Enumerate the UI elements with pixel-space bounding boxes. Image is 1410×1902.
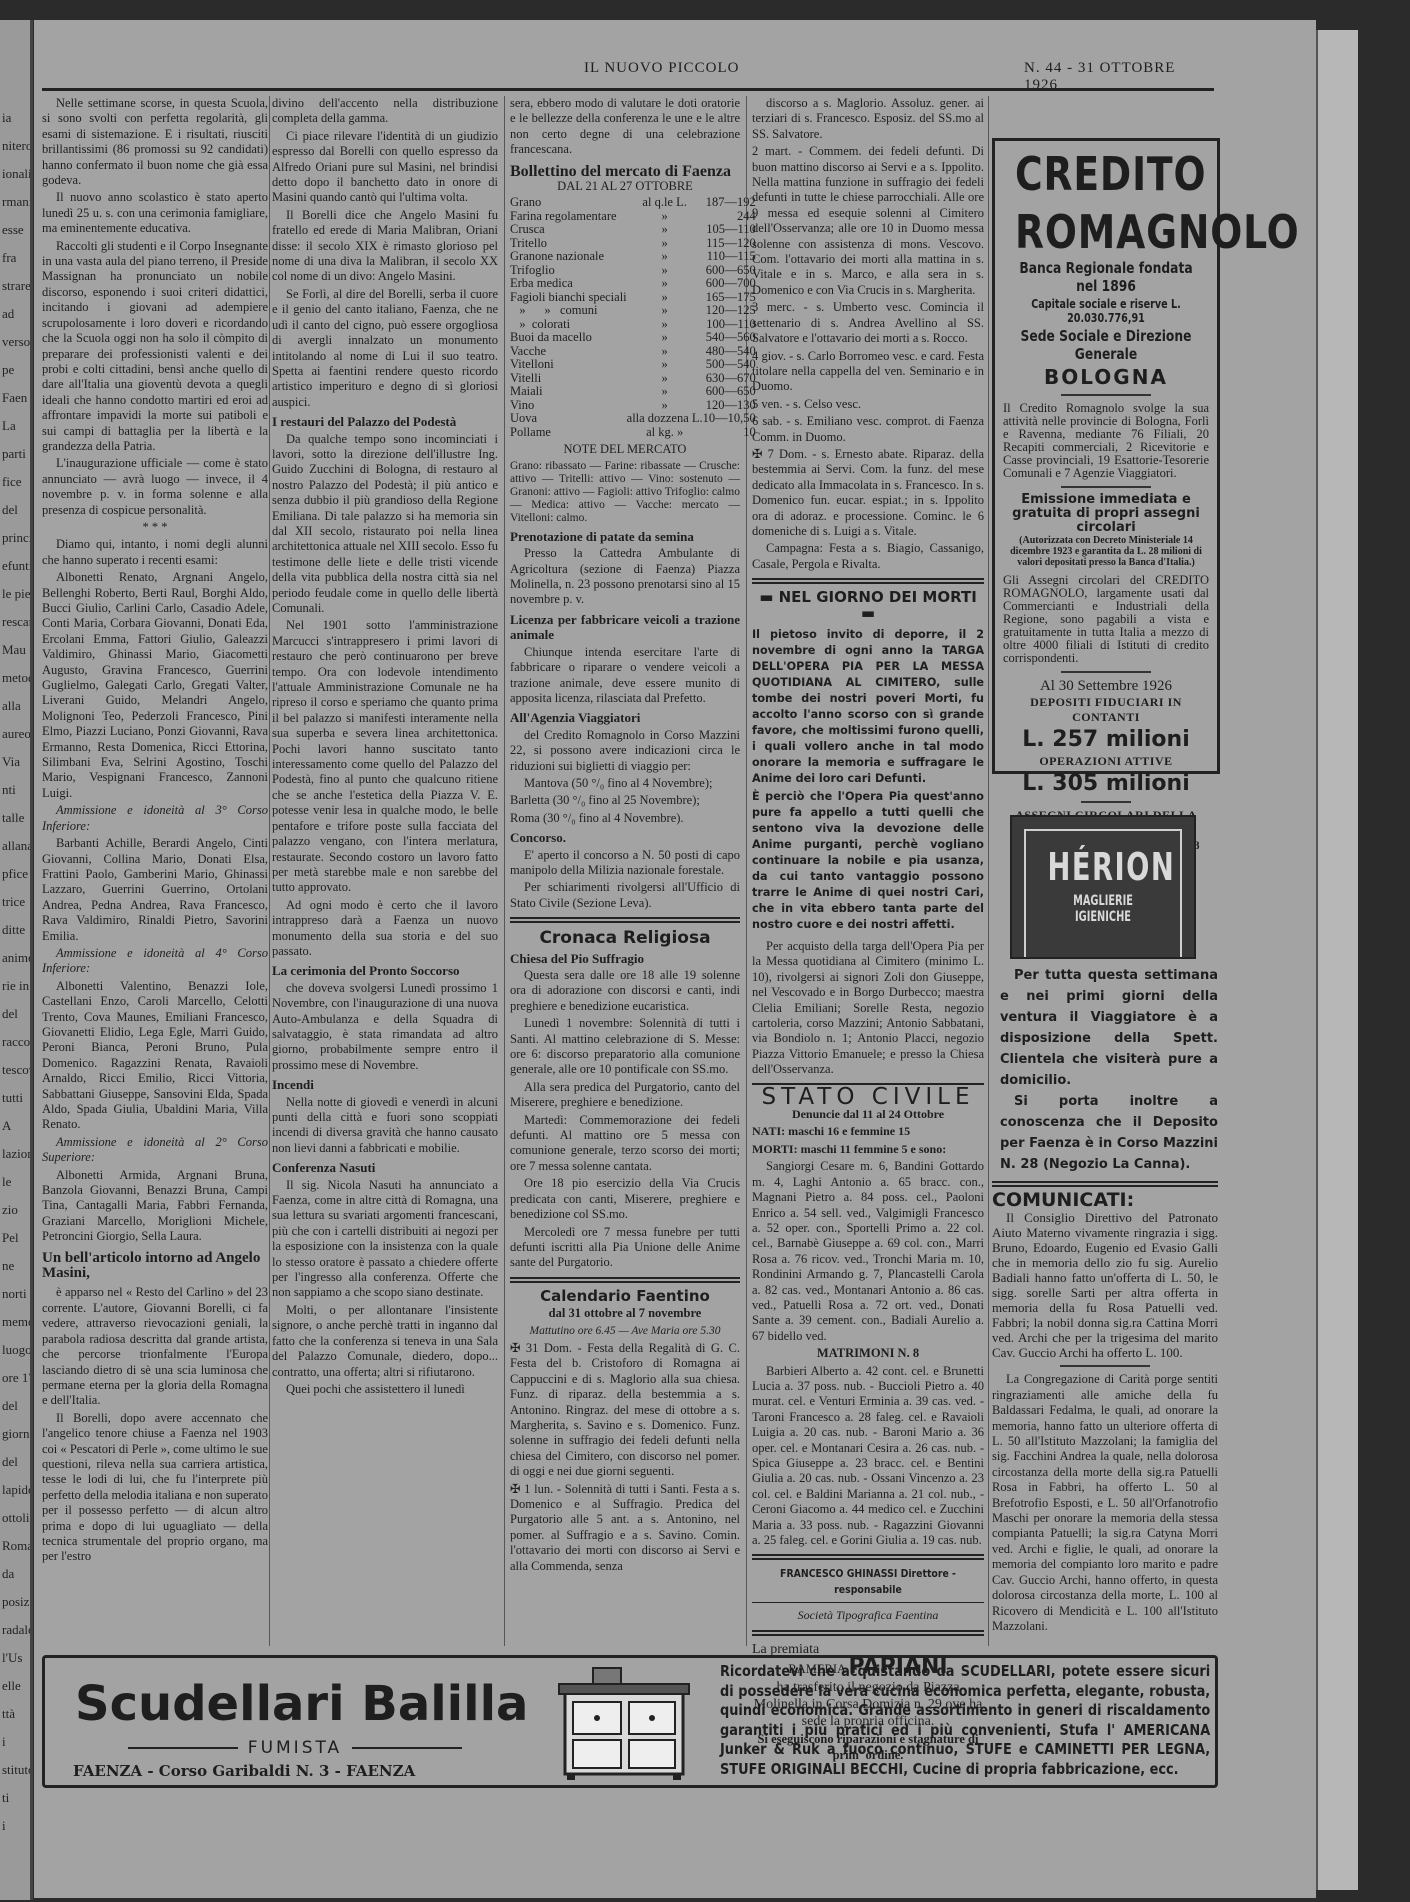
market-price-table: Granoal q.le L.187—192Farina regolamenta…: [510, 196, 756, 439]
agenzia-heading: All'Agenzia Viaggiatori: [510, 710, 740, 725]
previous-page-text-fragment: Via: [2, 754, 20, 770]
previous-page-text-fragment: rescano: [2, 614, 33, 630]
incendi-paragraph: Nella notte di giovedì e venerdì in alcu…: [272, 1095, 498, 1157]
divider: [1081, 801, 1131, 803]
divider: [1061, 486, 1151, 488]
credito-emission-heading: Emissione immediata e gratuita di propri…: [995, 493, 1217, 535]
previous-page-text-fragment: parti: [2, 446, 26, 462]
market-item: Vacche: [510, 345, 627, 359]
section-rule: [992, 1181, 1218, 1187]
previous-page-text-fragment: nitero: [2, 138, 32, 154]
market-unit: »: [627, 291, 703, 305]
market-item: Fagioli bianchi speciali: [510, 291, 627, 305]
previous-page-text-fragment: verso: [2, 334, 30, 350]
previous-page-text-fragment: ttà: [2, 1706, 15, 1722]
market-item: Vitelli: [510, 372, 627, 386]
market-price: 500—540: [703, 358, 756, 372]
market-unit: »: [627, 372, 703, 386]
market-unit: alla dozzena L.: [627, 412, 703, 426]
forli-paragraph: Se Forlì, al dire del Borelli, serba il …: [272, 287, 498, 410]
market-price: 630—670: [703, 372, 756, 386]
morti-paragraph-3: Per acquisto della targa dell'Opera Pia …: [752, 939, 984, 1078]
previous-page-text-fragment: nti: [2, 782, 16, 798]
stove-illustration-icon: [553, 1664, 693, 1782]
nel-giorno-dei-morti-title: ▬ NEL GIORNO DEI MORTI ▬: [752, 590, 984, 621]
school-year-paragraph: Il nuovo anno scolastico è stato aperto …: [42, 190, 268, 236]
scudellari-trade: FUMISTA: [105, 1738, 485, 1758]
previous-page-text-fragment: A: [2, 1118, 11, 1134]
market-price: 600—700: [703, 277, 756, 291]
masthead: IL NUOVO PICCOLO N. 44 - 31 OTTOBRE 1926: [44, 58, 1194, 88]
matrimoni-list: Barbieri Alberto a. 42 cont. cel. e Brun…: [752, 1364, 984, 1549]
calendario-dates: dal 31 ottobre al 7 novembre: [510, 1306, 740, 1321]
market-price: 10—10,50: [703, 412, 756, 426]
previous-page-text-fragment: del: [2, 502, 18, 518]
ad-herion: HÉRION MAGLIERIE IGIENICHE: [1010, 815, 1196, 959]
podesta-paragraph-3: Ad ogni modo è certo che il lavoro intra…: [272, 898, 498, 960]
calendario-entry-5: 5 ven. - s. Celso vesc.: [752, 397, 984, 412]
oriani-paragraph: Ci piace rilevare l'identità di un giudi…: [272, 129, 498, 206]
previous-page-text-fragment: rie in: [2, 978, 29, 994]
market-row: Vino»120—130: [510, 399, 756, 413]
previous-page-text-fragment: lapide: [2, 1482, 33, 1498]
previous-page-text-fragment: metodo: [2, 670, 33, 686]
inauguration-paragraph: L'inaugurazione ufficiale — come è stato…: [42, 456, 268, 518]
nasuti-heading: Conferenza Nasuti: [272, 1160, 498, 1175]
market-price: 165—175: [703, 291, 756, 305]
previous-page-text-fragment: le pie: [2, 586, 31, 602]
names-intro: Diamo qui, intanto, i nomi degli alunni …: [42, 537, 268, 568]
nasuti-paragraph-1: Il sig. Nicola Nasuti ha annunciato a Fa…: [272, 1178, 498, 1301]
pio-paragraph-4: Martedì: Commemorazione dei fedeli defun…: [510, 1113, 740, 1175]
previous-page-text-fragment: ti: [2, 1790, 9, 1806]
pio-paragraph-5: Ore 18 pio esercizio della Via Crucis pr…: [510, 1176, 740, 1222]
market-row: Farina regolamentare»244: [510, 210, 756, 224]
scudellari-description: Ricordatevi che acquistando da SCUDELLAR…: [720, 1662, 1210, 1779]
market-row: Crusca»105—110: [510, 223, 756, 237]
previous-page-text-fragment: luogo: [2, 1342, 32, 1358]
market-unit: »: [627, 237, 703, 251]
concorso-heading: Concorso.: [510, 830, 740, 845]
section-rule: [752, 1630, 984, 1636]
section-rule: [510, 1277, 740, 1283]
malibran-paragraph: Il Borelli dice che Angelo Masini fu fra…: [272, 208, 498, 285]
calendario-entry-6: 6 sab. - s. Emiliano vesc. comprot. di F…: [752, 414, 984, 445]
market-price: 10: [703, 426, 756, 440]
masini-paragraph-2: Il Borelli, dopo avere accennato che l'a…: [42, 1411, 268, 1565]
admission-heading-2: Ammissione e idoneità al 2° Corso Superi…: [42, 1135, 268, 1166]
market-item: Maiali: [510, 385, 627, 399]
column-4: discorso a s. Maglorio. Assoluz. gener. …: [752, 96, 984, 1765]
market-price: 100—110: [703, 318, 756, 332]
market-row: Trifoglio»600—650: [510, 264, 756, 278]
credito-cheques-description: Gli Assegni circolari del CREDITO ROMAGN…: [995, 574, 1217, 665]
market-row: » colorati»100—110: [510, 318, 756, 332]
calendario-title: Calendario Faentino: [510, 1289, 740, 1304]
credito-date: Al 30 Settembre 1926: [995, 678, 1217, 695]
market-row: Tritello»115—120: [510, 237, 756, 251]
credito-operations-value: L. 305 milioni: [995, 771, 1217, 796]
pronto-soccorso-paragraph: che doveva svolgersi Lunedì prossimo 1 N…: [272, 981, 498, 1073]
section-rule: [752, 1554, 984, 1560]
previous-page-text-fragment: ore 17: [2, 1370, 33, 1386]
previous-page-text-fragment: racco: [2, 1034, 30, 1050]
herion-paragraph-2: Si porta inoltre a conoscenza che il Dep…: [1000, 1091, 1218, 1175]
previous-page-text-fragment: lazione: [2, 1146, 33, 1162]
morti-paragraph-1: Il pietoso invito di deporre, il 2 novem…: [752, 627, 984, 787]
printer-credit: Società Tipografica Faentina: [752, 1608, 984, 1623]
market-row: Vitelloni»500—540: [510, 358, 756, 372]
nasuti-continued: sera, ebbero modo di valutare le doti or…: [510, 96, 740, 158]
names-list-1: Albonetti Renato, Argnani Angelo, Bellen…: [42, 570, 268, 801]
calendario-campagna: Campagna: Festa a s. Biagio, Cassanigo, …: [752, 541, 984, 572]
stato-civile-title: STATO CIVILE: [752, 1090, 984, 1105]
agenzia-roma: Roma (30 °/₀ fino al 4 Novembre).: [510, 811, 740, 826]
scudellari-address: FAENZA - Corso Garibaldi N. 3 - FAENZA: [73, 1762, 415, 1780]
market-item: Farina regolamentare: [510, 210, 627, 224]
credito-title-1: CREDITO: [1015, 149, 1197, 199]
market-unit: al q.le L.: [627, 196, 703, 210]
podesta-heading: I restauri del Palazzo del Podestà: [272, 414, 498, 429]
previous-page-text-fragment: ionali: [2, 166, 32, 182]
previous-page-text-fragment: ditte: [2, 922, 25, 938]
previous-page-text-fragment: i: [2, 1734, 6, 1750]
herion-notice: Per tutta questa settimana e nei primi g…: [1000, 965, 1218, 1175]
herion-brand: HÉRION: [1048, 845, 1159, 889]
calendario-entry-3: 3 merc. - s. Umberto vesc. Comincia il s…: [752, 300, 984, 346]
market-item: » » comuni: [510, 304, 627, 318]
divider: [1061, 394, 1151, 396]
divider: [1060, 1365, 1150, 1367]
previous-page-text-fragment: Pel: [2, 1230, 19, 1246]
previous-page-text-fragment: fice: [2, 474, 21, 490]
previous-page-text-fragment: rmani: [2, 194, 32, 210]
previous-page-text-fragment: norti: [2, 1286, 27, 1302]
previous-page-text-fragment: le: [2, 1174, 11, 1190]
pio-paragraph-1: Questa sera dalle ore 18 alle 19 solenne…: [510, 968, 740, 1014]
masthead-rule: [42, 88, 1214, 91]
calendario-entry-4: 4 giov. - s. Carlo Borromeo vesc. e card…: [752, 349, 984, 395]
market-unit: »: [627, 385, 703, 399]
names-list-3: Albonetti Valentino, Benazzi Iole, Caste…: [42, 979, 268, 1133]
market-row: Vacche»480—540: [510, 345, 756, 359]
market-notes-title: NOTE DEL MERCATO: [510, 442, 740, 457]
market-row: Pollameal kg. »10: [510, 426, 756, 440]
names-list-2: Barbanti Achille, Berardi Angelo, Cinti …: [42, 836, 268, 944]
morti-count: MORTI: maschi 11 femmine 5 e sono:: [752, 1142, 984, 1157]
market-price: 540—560: [703, 331, 756, 345]
market-unit: »: [627, 223, 703, 237]
market-bulletin-title: Bollettino del mercato di Faenza: [510, 164, 740, 179]
admission-heading-3: Ammissione e idoneità al 3° Corso Inferi…: [42, 803, 268, 834]
masini-paragraph-1: è apparso nel « Resto del Carlino » del …: [42, 1285, 268, 1408]
market-row: Uovaalla dozzena L.10—10,50: [510, 412, 756, 426]
credito-operations-label: OPERAZIONI ATTIVE: [995, 754, 1217, 769]
market-item: Tritello: [510, 237, 627, 251]
admission-heading-4: Ammissione e idoneità al 4° Corso Inferi…: [42, 946, 268, 977]
previous-page-text-fragment: efunti: [2, 558, 32, 574]
licenza-heading: Licenza per fabbricare veicoli a trazion…: [510, 612, 740, 643]
previous-page-text-fragment: Mau: [2, 642, 26, 658]
agenzia-paragraph: del Credito Romagnolo in Corso Mazzini 2…: [510, 728, 740, 774]
section-separator: * * *: [42, 520, 268, 535]
market-notes: Grano: ribassato — Farine: ribassate — C…: [510, 460, 740, 525]
agenzia-mantova: Mantova (50 °/₀ fino al 4 Novembre);: [510, 776, 740, 791]
previous-page-text-fragment: aureo: [2, 726, 31, 742]
column-1: Nelle settimane scorse, in questa Scuola…: [42, 96, 268, 1567]
credito-description: Il Credito Romagnolo svolge la sua attiv…: [995, 402, 1217, 480]
previous-page-text-fragment: memora: [2, 1314, 33, 1330]
comunicati-paragraph-2: La Congregazione di Carità porge sentiti…: [992, 1372, 1218, 1634]
incendi-heading: Incendi: [272, 1077, 498, 1092]
market-item: Grano: [510, 196, 627, 210]
pio-paragraph-2: Lunedì 1 novembre: Solennità di tutti i …: [510, 1016, 740, 1078]
previous-page-text-fragment: pe: [2, 362, 14, 378]
previous-page-text-fragment: anime: [2, 950, 33, 966]
masini-article-heading: Un bell'articolo intorno ad Angelo Masin…: [42, 1251, 268, 1282]
market-price: 115—120: [703, 237, 756, 251]
market-unit: »: [627, 250, 703, 264]
column-2: divino dell'accento nella distribuzione …: [272, 96, 498, 1399]
market-price: 600—650: [703, 385, 756, 399]
previous-page-text-fragment: ne: [2, 1258, 14, 1274]
market-price: 105—110: [703, 223, 756, 237]
newspaper-title: IL NUOVO PICCOLO: [584, 60, 739, 77]
market-unit: »: [627, 304, 703, 318]
comunicati-section: COMUNICATI: Il Consiglio Direttivo del P…: [992, 1175, 1218, 1636]
calendario-entry-2: 2 mart. - Commem. dei fedeli defunti. Di…: [752, 144, 984, 298]
ceremony-paragraph: Raccolti gli studenti e il Corpo Insegna…: [42, 239, 268, 455]
masini-continued: divino dell'accento nella distribuzione …: [272, 96, 498, 127]
previous-page-text-fragment: strare: [2, 278, 31, 294]
previous-page-text-fragment: tutti: [2, 1090, 23, 1106]
previous-page-text-fragment: del: [2, 1398, 18, 1414]
previous-page-text-fragment: radale: [2, 1622, 33, 1638]
section-rule: [510, 917, 740, 923]
podesta-paragraph-1: Da qualche tempo sono incominciati i lav…: [272, 432, 498, 617]
previous-page-text-fragment: i: [2, 1818, 6, 1834]
market-row: Erba medica»600—700: [510, 277, 756, 291]
previous-page-text-fragment: zio: [2, 1202, 18, 1218]
market-price: 187—192: [703, 196, 756, 210]
column-divider: [269, 96, 270, 1646]
previous-page-text-fragment: l'Us: [2, 1650, 22, 1666]
column-divider: [504, 96, 505, 1646]
previous-page-text-fragment: trice: [2, 894, 25, 910]
previous-page-text-fragment: tescovo: [2, 1062, 33, 1078]
pio-paragraph-3: Alla sera predica del Purgatorio, canto …: [510, 1080, 740, 1111]
previous-page-edge: ianiteroionalirmaniessefrastrareadversop…: [0, 20, 33, 1900]
previous-page-text-fragment: ottolich: [2, 1510, 33, 1526]
previous-page-text-fragment: talle: [2, 810, 24, 826]
pronto-soccorso-heading: La cerimonia del Pronto Soccorso: [272, 963, 498, 978]
names-list-4: Albonetti Armida, Argnani Bruna, Banzola…: [42, 1168, 268, 1245]
concorso-paragraph-1: E' aperto il concorso a N. 50 posti di c…: [510, 848, 740, 879]
calendario-entry-7: ✠ 7 Dom. - s. Ernesto abate. Riparaz. de…: [752, 447, 984, 539]
market-unit: »: [627, 345, 703, 359]
previous-page-text-fragment: pfice: [2, 866, 28, 882]
previous-page-text-fragment: del: [2, 1006, 18, 1022]
market-price: 120—130: [703, 399, 756, 413]
scudellari-name: Scudellari Balilla: [75, 1676, 528, 1732]
nati-count: NATI: maschi 16 e femmine 15: [752, 1124, 984, 1139]
previous-page-text-fragment: ia: [2, 110, 11, 126]
morti-paragraph-2: È perciò che l'Opera Pia quest'anno pure…: [752, 789, 984, 933]
podesta-paragraph-2: Nel 1901 sotto l'amministrazione Marcucc…: [272, 618, 498, 895]
patate-paragraph: Presso la Cattedra Ambulante di Agricolt…: [510, 546, 740, 608]
matrimoni-title: MATRIMONI N. 8: [752, 1346, 984, 1361]
comunicati-paragraph-1: Il Consiglio Direttivo del Patronato Aiu…: [992, 1210, 1218, 1360]
ad-credito-romagnolo: CREDITO ROMAGNOLO Banca Regionale fondat…: [992, 138, 1220, 774]
previous-page-text-fragment: giorno: [2, 1426, 33, 1442]
previous-page-text-fragment: Faen: [2, 390, 27, 406]
market-item: » colorati: [510, 318, 627, 332]
previous-page-text-fragment: da: [2, 1566, 14, 1582]
market-item: Trifoglio: [510, 264, 627, 278]
credito-seat: Sede Sociale e Direzione Generale: [1015, 327, 1197, 363]
previous-page-text-fragment: ad: [2, 306, 14, 322]
market-item: Buoi da macello: [510, 331, 627, 345]
market-price: 600—650: [703, 264, 756, 278]
section-rule: [752, 1602, 984, 1603]
credito-decree-note: (Autorizzata con Decreto Ministeriale 14…: [995, 535, 1217, 568]
nasuti-paragraph-3: Quei pochi che assistettero il lunedì: [272, 1382, 498, 1397]
credito-deposits-label: DEPOSITI FIDUCIARI IN CONTANTI: [995, 695, 1217, 725]
licenza-paragraph: Chiunque intenda esercitare l'arte di fa…: [510, 645, 740, 707]
comunicati-title: COMUNICATI:: [992, 1193, 1218, 1208]
credito-capital: Capitale sociale e riserve L. 20.030.776…: [1017, 297, 1195, 325]
market-row: Granone nazionale»110—115: [510, 250, 756, 264]
market-row: Fagioli bianchi speciali»165—175: [510, 291, 756, 305]
market-item: Pollame: [510, 426, 627, 440]
divider: [1061, 671, 1151, 673]
school-exams-paragraph: Nelle settimane scorse, in questa Scuola…: [42, 96, 268, 188]
market-item: Granone nazionale: [510, 250, 627, 264]
market-unit: al kg. »: [627, 426, 703, 440]
herion-tagline: MAGLIERIE IGIENICHE: [1049, 893, 1157, 925]
credito-title-2: ROMAGNOLO: [1015, 207, 1197, 257]
previous-page-text-fragment: fra: [2, 250, 16, 266]
credito-deposits-value: L. 257 milioni: [995, 727, 1217, 752]
pio-suffragio-heading: Chiesa del Pio Suffragio: [510, 951, 740, 966]
herion-paragraph-1: Per tutta questa settimana e nei primi g…: [1000, 965, 1218, 1091]
previous-page-text-fragment: alla: [2, 698, 21, 714]
morti-title-text: NEL GIORNO DEI MORTI: [779, 588, 977, 606]
previous-page-text-fragment: esse: [2, 222, 24, 238]
market-item: Uova: [510, 412, 627, 426]
market-row: Maiali»600—650: [510, 385, 756, 399]
pio-paragraph-6: Mercoledì ore 7 messa funebre per tutti …: [510, 1225, 740, 1271]
page-edge-right: [1316, 30, 1358, 1890]
agenzia-barletta: Barletta (30 °/₀ fino al 25 Novembre);: [510, 793, 740, 808]
market-item: Vino: [510, 399, 627, 413]
ad-scudellari: Scudellari Balilla FUMISTA FAENZA - Cors…: [42, 1655, 1218, 1788]
calendario-entry-1: ✠ 1 lun. - Solennità di tutti i Santi. F…: [510, 1482, 740, 1574]
market-row: Granoal q.le L.187—192: [510, 196, 756, 210]
morti-list: Sangiorgi Cesare m. 6, Bandini Gottardo …: [752, 1159, 984, 1344]
market-unit: »: [627, 277, 703, 291]
market-price: 244: [703, 210, 756, 224]
previous-page-text-fragment: del: [2, 1454, 18, 1470]
calendario-entry-31: ✠ 31 Dom. - Festa della Regalità di G. C…: [510, 1341, 740, 1480]
market-row: » » comuni»120—125: [510, 304, 756, 318]
nasuti-paragraph-2: Molti, o per allontanare l'insistente si…: [272, 1303, 498, 1380]
credito-city: BOLOGNA: [995, 365, 1217, 389]
market-bulletin-dates: DAL 21 AL 27 OTTOBRE: [510, 179, 740, 194]
previous-page-text-fragment: La: [2, 418, 16, 434]
previous-page-text-fragment: princi: [2, 530, 32, 546]
column-divider: [988, 96, 989, 1646]
previous-page-text-fragment: allana: [2, 838, 33, 854]
previous-page-text-fragment: posizione: [2, 1594, 33, 1610]
previous-page-text-fragment: Roma: [2, 1538, 33, 1554]
previous-page-text-fragment: elle: [2, 1678, 21, 1694]
market-unit: »: [627, 318, 703, 332]
calendario-continued: discorso a s. Maglorio. Assoluz. gener. …: [752, 96, 984, 142]
patate-heading: Prenotazione di patate da semina: [510, 529, 740, 544]
calendario-times: Mattutino ore 6.45 — Ave Maria ore 5.30: [510, 1324, 740, 1339]
market-unit: »: [627, 210, 703, 224]
column-3: sera, ebbero modo di valutare le doti or…: [510, 96, 740, 1576]
market-row: Buoi da macello»540—560: [510, 331, 756, 345]
market-price: 120—125: [703, 304, 756, 318]
credito-founded: Banca Regionale fondata nel 1896: [1015, 259, 1197, 295]
market-row: Vitelli»630—670: [510, 372, 756, 386]
previous-page-text-fragment: stituto: [2, 1762, 33, 1778]
market-item: Crusca: [510, 223, 627, 237]
market-price: 480—540: [703, 345, 756, 359]
concorso-paragraph-2: Per schiarimenti rivolgersi all'Ufficio …: [510, 880, 740, 911]
market-unit: »: [627, 399, 703, 413]
cronaca-religiosa-title: Cronaca Religiosa: [510, 931, 740, 946]
market-unit: »: [627, 264, 703, 278]
market-unit: »: [627, 331, 703, 345]
section-rule: [752, 578, 984, 584]
market-price: 110—115: [703, 250, 756, 264]
director-credit: FRANCESCO GHINASSI Direttore - responsab…: [769, 1566, 966, 1597]
market-item: Erba medica: [510, 277, 627, 291]
market-unit: »: [627, 358, 703, 372]
market-item: Vitelloni: [510, 358, 627, 372]
